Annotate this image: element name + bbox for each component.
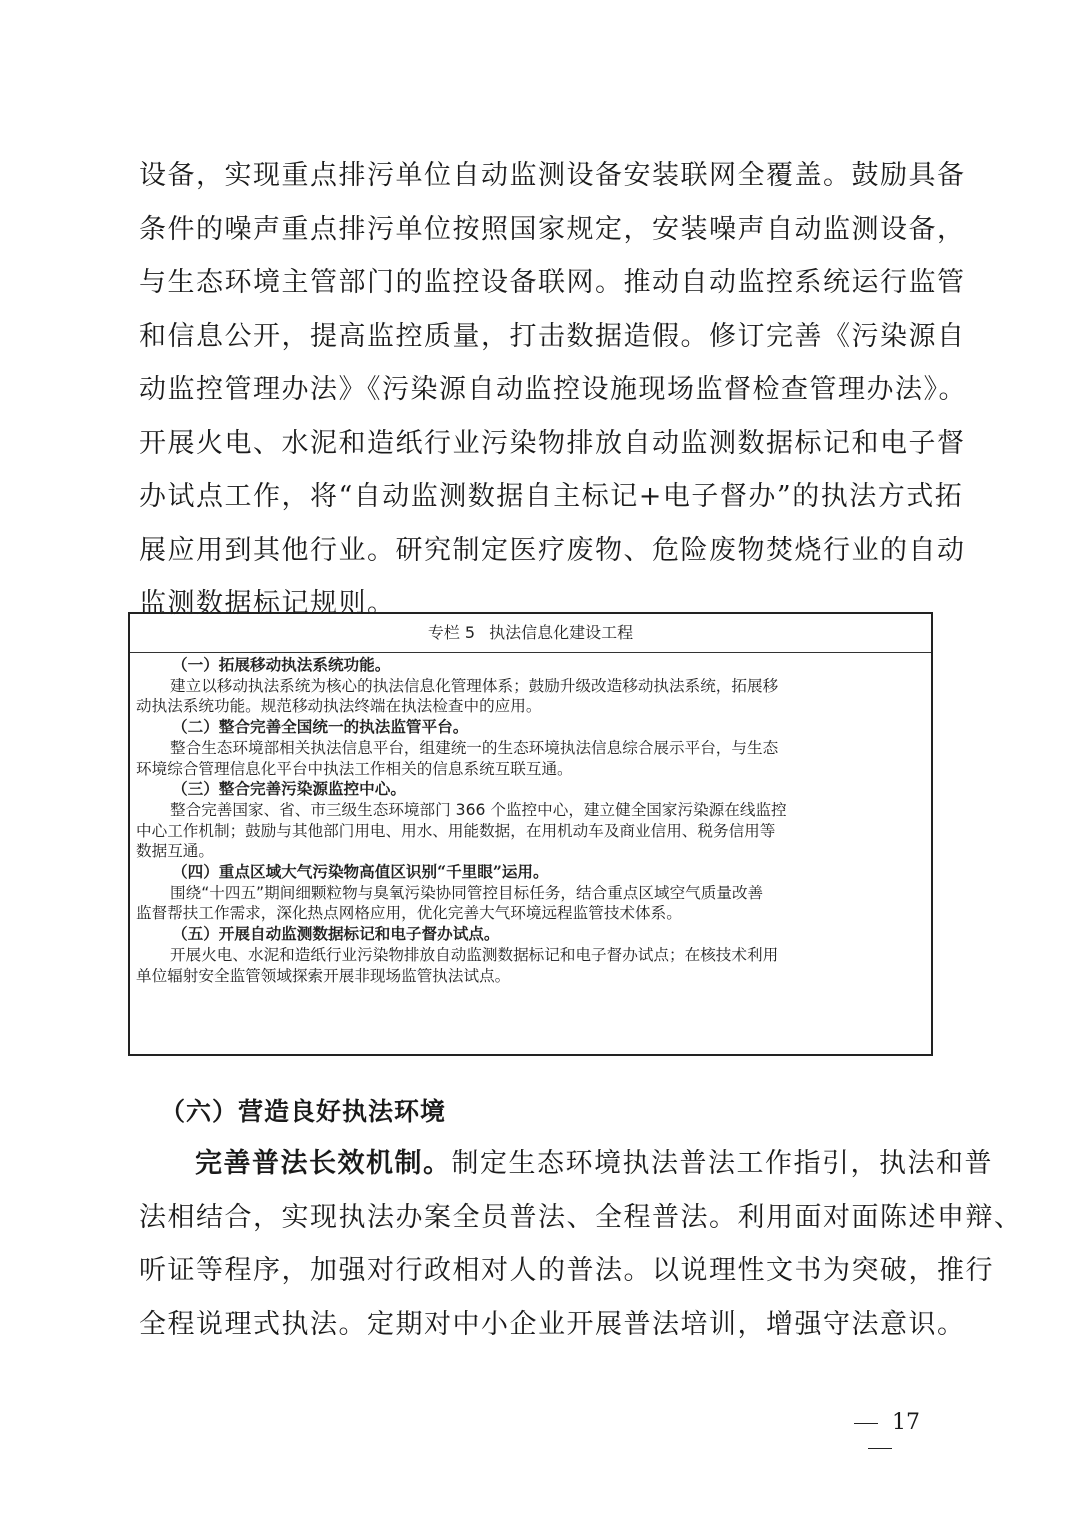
box-section-text: 单位辐射安全监管领域探索开展非现场监管执法试点。	[136, 966, 925, 987]
box-section-heading: （四）重点区域大气污染物高值区识别“千里眼”运用。	[136, 862, 925, 883]
box-section-heading: （一）拓展移动执法系统功能。	[136, 655, 925, 676]
text-line: 听证等程序，加强对行政相对人的普法。以说理性文书为突破，推行	[139, 1244, 939, 1298]
box-label: 专栏 5	[428, 623, 475, 642]
box-section-text: 监督帮扶工作需求，深化热点网格应用，优化完善大气环境远程监管技术体系。	[136, 903, 925, 924]
box-title-text: 执法信息化建设工程	[489, 623, 633, 642]
text-line: 与生态环境主管部门的监控设备联网。推动自动监控系统运行监管	[139, 256, 939, 310]
body-paragraph-top: 设备，实现重点排污单位自动监测设备安装联网全覆盖。鼓励具备 条件的噪声重点排污单…	[139, 149, 939, 631]
box-section-text: 数据互通。	[136, 841, 925, 862]
text-line: 完善普法长效机制。制定生态环境执法普法工作指引，执法和普	[139, 1137, 939, 1191]
text-line: 设备，实现重点排污单位自动监测设备安装联网全覆盖。鼓励具备	[139, 149, 939, 203]
dash-right	[868, 1448, 892, 1449]
text-line: 开展火电、水泥和造纸行业污染物排放自动监测数据标记和电子督	[139, 417, 939, 471]
page-number-text: 17	[892, 1410, 920, 1435]
box-section-text: 整合生态环境部相关执法信息平台，组建统一的生态环境执法信息综合展示平台，与生态	[136, 738, 925, 759]
column-box-5: 专栏 5执法信息化建设工程 （一）拓展移动执法系统功能。 建立以移动执法系统为核…	[128, 612, 933, 1056]
text-line: 办试点工作，将“自动监测数据自主标记+电子督办”的执法方式拓	[139, 470, 939, 524]
text-line: 展应用到其他行业。研究制定医疗废物、危险废物焚烧行业的自动	[139, 524, 939, 578]
box-content: （一）拓展移动执法系统功能。 建立以移动执法系统为核心的执法信息化管理体系；鼓励…	[130, 653, 931, 986]
box-title: 专栏 5执法信息化建设工程	[130, 614, 931, 653]
box-section-text: 围绕“十四五”期间细颗粒物与臭氧污染协同管控目标任务，结合重点区域空气质量改善	[136, 883, 925, 904]
box-section-text: 中心工作机制；鼓励与其他部门用电、用水、用能数据，在用机动车及商业信用、税务信用…	[136, 821, 925, 842]
box-section-text: 动执法系统功能。规范移动执法终端在执法检查中的应用。	[136, 696, 925, 717]
text-line: 全程说理式执法。定期对中小企业开展普法培训，增强守法意识。	[139, 1298, 939, 1352]
text-line: 动监控管理办法》《污染源自动监控设施现场监督检查管理办法》。	[139, 363, 939, 417]
body-paragraph-bottom: 完善普法长效机制。制定生态环境执法普法工作指引，执法和普 法相结合，实现执法办案…	[139, 1137, 939, 1351]
page-number: 17	[820, 1410, 940, 1460]
box-section-text: 整合完善国家、省、市三级生态环境部门 366 个监控中心，建立健全国家污染源在线…	[136, 800, 925, 821]
box-section-text: 环境综合管理信息化平台中执法工作相关的信息系统互联互通。	[136, 759, 925, 780]
text-line: 条件的噪声重点排污单位按照国家规定，安装噪声自动监测设备，	[139, 203, 939, 257]
box-section-text: 建立以移动执法系统为核心的执法信息化管理体系；鼓励升级改造移动执法系统，拓展移	[136, 676, 925, 697]
paragraph-lead: 完善普法长效机制。	[195, 1148, 452, 1179]
box-section-heading: （二）整合完善全国统一的执法监管平台。	[136, 717, 925, 738]
text-line: 法相结合，实现执法办案全员普法、全程普法。利用面对面陈述申辩、	[139, 1191, 939, 1245]
dash-left	[854, 1423, 878, 1424]
box-section-heading: （三）整合完善污染源监控中心。	[136, 779, 925, 800]
document-page: 设备，实现重点排污单位自动监测设备安装联网全覆盖。鼓励具备 条件的噪声重点排污单…	[0, 0, 1074, 1520]
box-section-heading: （五）开展自动监测数据标记和电子督办试点。	[136, 924, 925, 945]
text-line: 和信息公开，提高监控质量，打击数据造假。修订完善《污染源自	[139, 310, 939, 364]
section-heading: （六）营造良好执法环境	[160, 1092, 446, 1128]
box-section-text: 开展火电、水泥和造纸行业污染物排放自动监测数据标记和电子督办试点；在核技术利用	[136, 945, 925, 966]
text-span: 制定生态环境执法普法工作指引，执法和普	[452, 1148, 994, 1179]
